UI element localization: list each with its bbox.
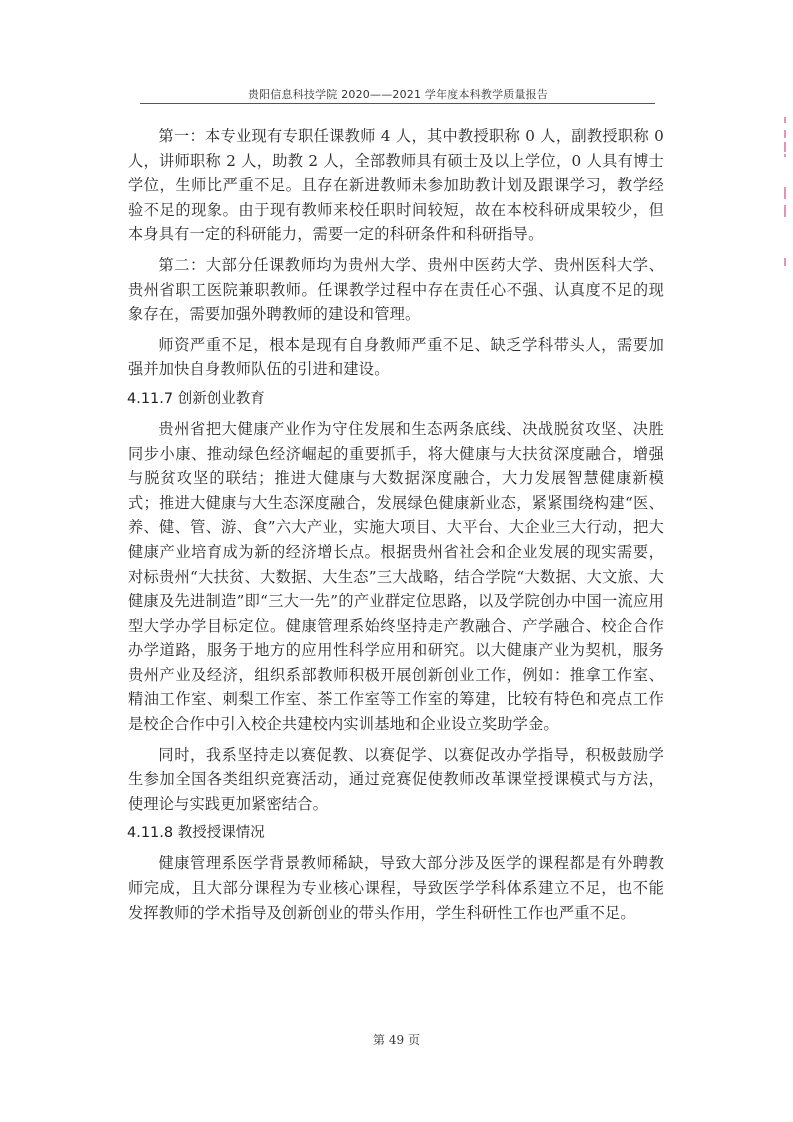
paragraph-innovation-competition: 同时，我系坚持走以赛促教、以赛促学、以赛促改办学指导，积极鼓励学生参加全国各类组… bbox=[128, 743, 664, 817]
document-body: 第一：本专业现有专职任课教师 4 人，其中教授职称 0 人，副教授职称 0 人，… bbox=[128, 124, 664, 931]
page-header-title: 贵阳信息科技学院 2020——2021 学年度本科教学质量报告 bbox=[141, 86, 655, 102]
scan-edge-mark bbox=[784, 258, 786, 266]
scan-edge-mark bbox=[784, 187, 786, 199]
paragraph-faculty-summary: 师资严重不足，根本是现有自身教师严重不足、缺乏学科带头人，需要加强并加快自身教师… bbox=[128, 333, 664, 382]
paragraph-innovation-main: 贵州省把大健康产业作为守住发展和生态两条底线、决战脱贫攻坚、决胜同步小康、推动绿… bbox=[128, 417, 664, 737]
paragraph-professor-teaching: 健康管理系医学背景教师稀缺，导致大部分涉及医学的课程都是有外聘教师完成，且大部分… bbox=[128, 851, 664, 925]
scan-edge-mark bbox=[784, 142, 786, 152]
scan-edge-mark bbox=[784, 205, 786, 217]
paragraph-faculty-first: 第一：本专业现有专职任课教师 4 人，其中教授职称 0 人，副教授职称 0 人，… bbox=[128, 124, 664, 247]
section-heading-professor-teaching: 4.11.8 教授授课情况 bbox=[127, 822, 664, 844]
header-divider bbox=[140, 103, 655, 104]
page-number: 第 49 页 bbox=[0, 1031, 793, 1048]
scan-edge-mark bbox=[784, 130, 786, 138]
section-heading-innovation: 4.11.7 创新创业教育 bbox=[127, 388, 664, 410]
scan-edge-mark bbox=[784, 154, 786, 157]
paragraph-faculty-second: 第二：大部分任课教师均为贵州大学、贵州中医药大学、贵州医科大学、贵州省职工医院兼… bbox=[128, 253, 664, 327]
scan-edge-mark bbox=[784, 117, 786, 123]
